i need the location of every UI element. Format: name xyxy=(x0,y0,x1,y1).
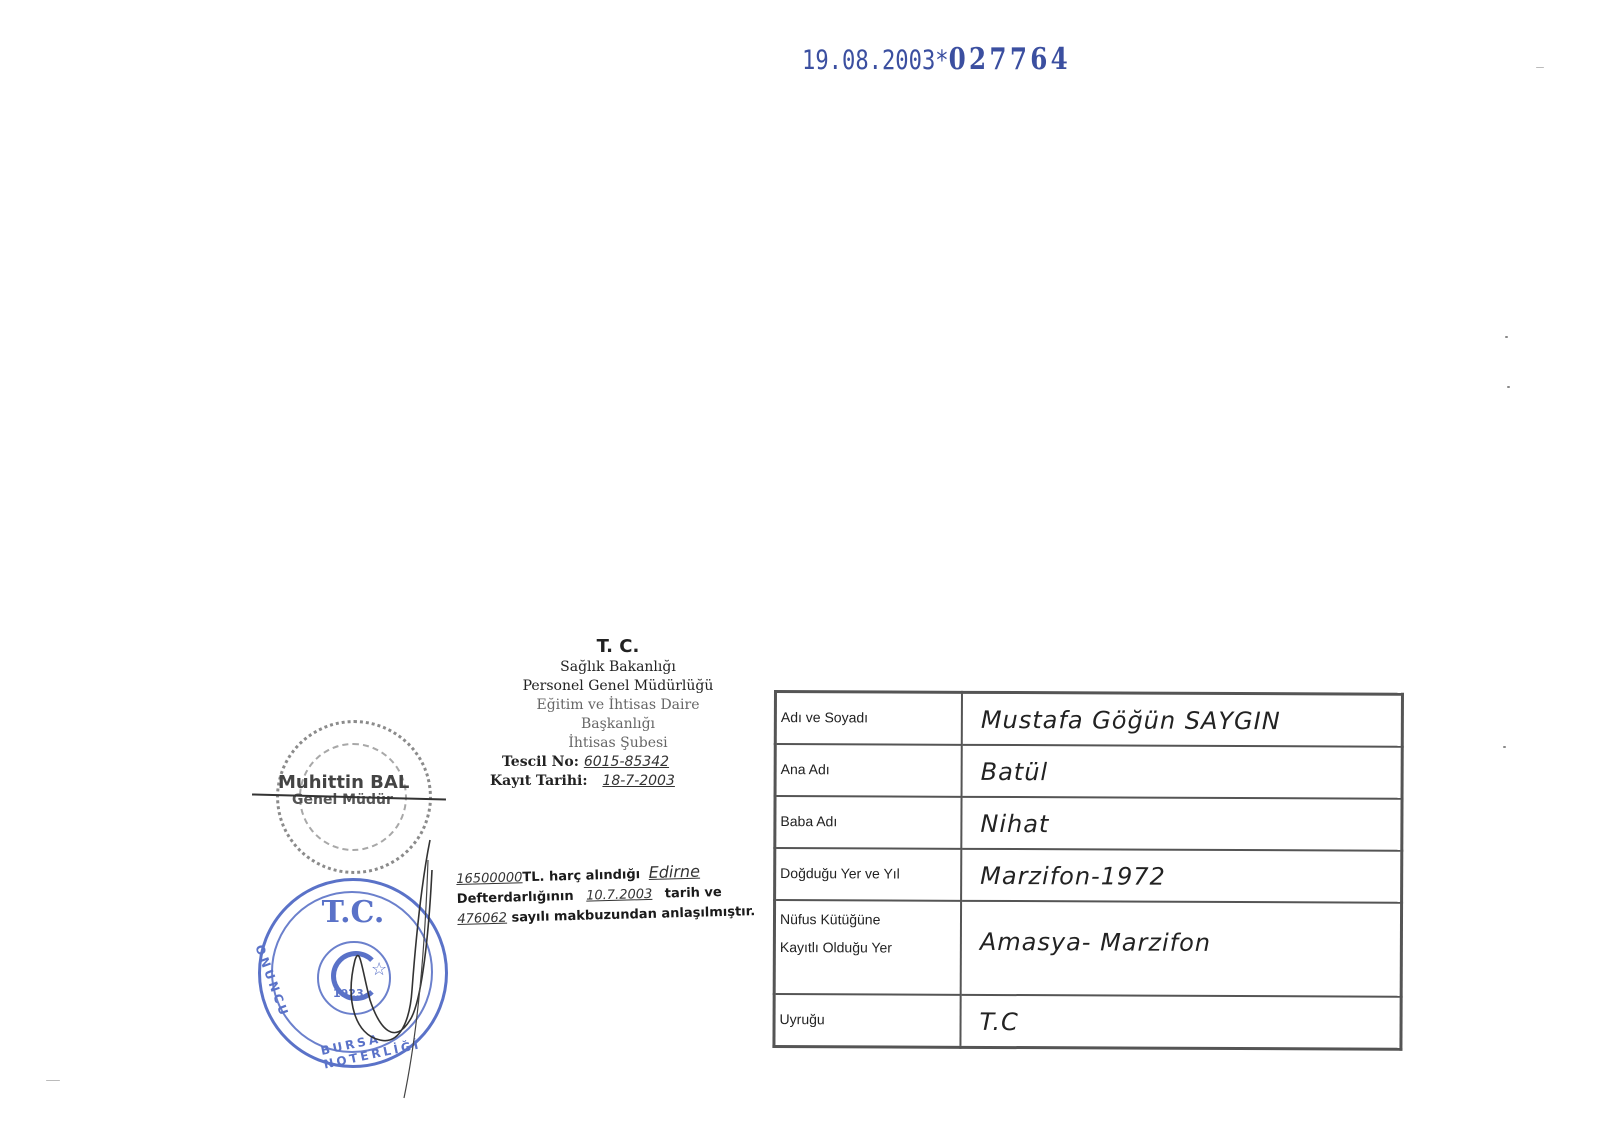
row-value: Marzifon-1972 xyxy=(961,849,1402,903)
fee-text-3: tarih ve xyxy=(665,885,722,901)
fee-note: 16500000TL. harç alındığı Edirne Defterd… xyxy=(456,860,758,930)
table-row: Uyruğu T.C xyxy=(774,994,1401,1049)
row-label-line-1: Nüfus Kütüğüne xyxy=(780,905,956,934)
table-row: Ana Adı Batül xyxy=(775,744,1402,799)
ministry-line-5: İhtisas Şubesi xyxy=(498,734,738,753)
table-row: Nüfus Kütüğüne Kayıtlı Olduğu Yer Amasya… xyxy=(774,900,1401,997)
ministry-tc-heading: T. C. xyxy=(498,636,738,658)
ministry-line-2: Personel Genel Müdürlüğü xyxy=(498,677,738,696)
table-row: Adı ve Soyadı Mustafa Göğün SAYGIN xyxy=(775,692,1402,747)
row-value: Amasya- Marzifon xyxy=(961,901,1402,997)
kayit-field: Kayıt Tarihi: 18-7-2003 xyxy=(490,772,738,791)
fee-receipt-no: 476062 xyxy=(457,911,507,927)
table-row: Baba Adı Nihat xyxy=(775,796,1402,851)
fee-text-1: TL. harç alındığı xyxy=(522,867,640,885)
personal-info-table: Adı ve Soyadı Mustafa Göğün SAYGIN Ana A… xyxy=(772,690,1404,1051)
director-name: Muhittin BAL xyxy=(278,772,409,793)
row-label: Uyruğu xyxy=(774,994,961,1047)
row-label: Doğduğu Yer ve Yıl xyxy=(775,848,962,901)
tescil-label: Tescil No: xyxy=(502,754,579,770)
tescil-field: Tescil No: 6015-85342 xyxy=(498,753,738,772)
fee-text-4: sayılı makbuzundan anlaşılmıştır. xyxy=(511,904,755,925)
ministry-line-1: Sağlık Bakanlığı xyxy=(498,658,738,677)
kayit-value: 18-7-2003 xyxy=(592,773,684,789)
row-label: Baba Adı xyxy=(775,796,962,849)
scan-speck xyxy=(1503,746,1506,748)
row-value: Mustafa Göğün SAYGIN xyxy=(962,692,1403,746)
row-value: Nihat xyxy=(961,797,1402,851)
ministry-line-3: Eğitim ve İhtisas Daire xyxy=(498,696,738,715)
signature-scribble xyxy=(300,830,460,1110)
row-value: T.C xyxy=(960,995,1401,1049)
row-label: Ana Adı xyxy=(775,744,962,797)
ministry-line-4: Başkanlığı xyxy=(498,715,738,734)
fee-text-2: Defterdarlığının xyxy=(457,889,574,907)
scan-speck xyxy=(1507,386,1510,388)
stamp-serial: 027764 xyxy=(949,42,1071,77)
row-label: Nüfus Kütüğüne Kayıtlı Olduğu Yer xyxy=(774,900,961,995)
row-value: Batül xyxy=(962,745,1403,799)
scan-speck xyxy=(1505,336,1508,338)
table-row: Doğduğu Yer ve Yıl Marzifon-1972 xyxy=(775,848,1402,903)
ministry-registration-block: T. C. Sağlık Bakanlığı Personel Genel Mü… xyxy=(498,636,738,791)
tescil-value: 6015-85342 xyxy=(584,754,669,770)
fee-amount: 16500000 xyxy=(456,870,523,887)
row-label: Adı ve Soyadı xyxy=(775,692,962,745)
kayit-label: Kayıt Tarihi: xyxy=(490,773,588,789)
scan-speck xyxy=(1536,67,1544,68)
scan-speck xyxy=(46,1080,60,1081)
row-label-line-2: Kayıtlı Olduğu Yer xyxy=(780,933,956,962)
date-serial-stamp: 19.08.2003*027764 xyxy=(802,42,1071,77)
stamp-date: 19.08.2003 xyxy=(802,45,935,76)
fee-date: 10.7.2003 xyxy=(578,887,661,904)
fee-office: Edirne xyxy=(644,861,720,882)
stamp-separator: * xyxy=(935,45,948,76)
